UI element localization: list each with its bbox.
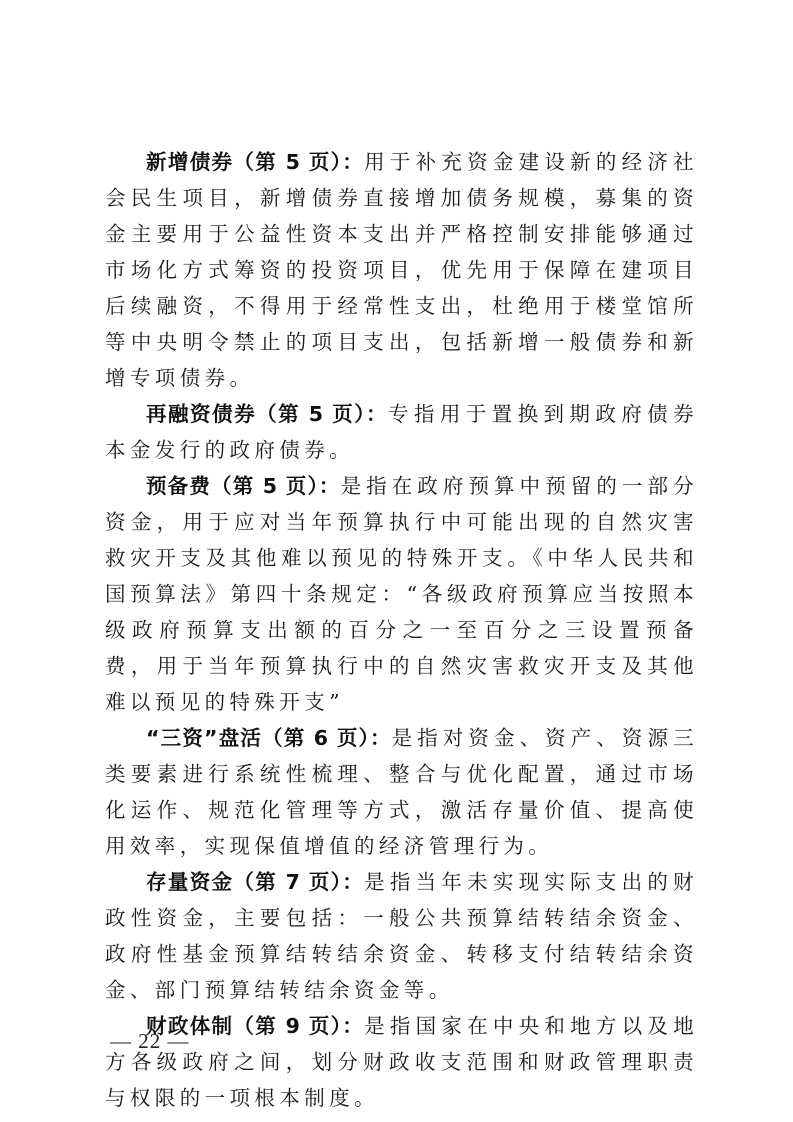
- definition-new-bonds: 用于补充资金建设新的经济社会民生项目，新增债券直接增加债务规模，募集的资金主要用…: [105, 150, 698, 390]
- glossary-entry-fiscal-system: 财政体制（第 9 页）：是指国家在中央和地方以及地方各级政府之间，划分财政收支范…: [105, 1008, 698, 1116]
- term-reserve-fund: 预备费（第 5 页）：: [146, 474, 341, 498]
- definition-reserve-fund: 是指在政府预算中预留的一部分资金，用于应对当年预算执行中可能出现的自然灾害救灾开…: [105, 474, 698, 714]
- page-number: — 22 —: [110, 1029, 190, 1054]
- glossary-entry-three-assets: “三资”盘活（第 6 页）：是指对资金、资产、资源三类要素进行系统性梳理、整合与…: [105, 720, 698, 864]
- glossary-body: 新增债券（第 5 页）：用于补充资金建设新的经济社会民生项目，新增债券直接增加债…: [105, 144, 698, 1116]
- document-page: 新增债券（第 5 页）：用于补充资金建设新的经济社会民生项目，新增债券直接增加债…: [0, 0, 793, 1122]
- glossary-entry-new-bonds: 新增债券（第 5 页）：用于补充资金建设新的经济社会民生项目，新增债券直接增加债…: [105, 144, 698, 396]
- term-three-assets: “三资”盘活（第 6 页）：: [146, 726, 392, 750]
- glossary-entry-idle-funds: 存量资金（第 7 页）：是指当年未实现实际支出的财政性资金，主要包括：一般公共预…: [105, 864, 698, 1008]
- term-idle-funds: 存量资金（第 7 页）：: [146, 870, 364, 894]
- term-refinancing-bonds: 再融资债券（第 5 页）：: [146, 402, 388, 426]
- term-new-bonds: 新增债券（第 5 页）：: [146, 150, 364, 174]
- glossary-entry-refinancing-bonds: 再融资债券（第 5 页）：专指用于置换到期政府债券本金发行的政府债券。: [105, 396, 698, 468]
- glossary-entry-reserve-fund: 预备费（第 5 页）：是指在政府预算中预留的一部分资金，用于应对当年预算执行中可…: [105, 468, 698, 720]
